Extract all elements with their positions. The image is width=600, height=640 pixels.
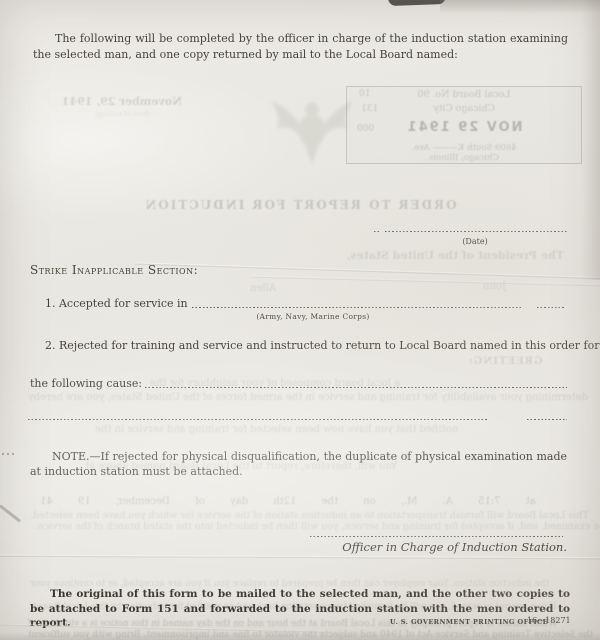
stamp-address-line: 4609 South K——— Ave.: [347, 143, 581, 153]
left-edge-scuff: [0, 504, 21, 522]
bleedthrough-greeting: GREETING:: [468, 356, 543, 367]
bleedthrough-president-line: The President of the United States,: [378, 249, 564, 262]
bleedthrough-name-allen: Allen: [250, 283, 276, 294]
bleedthrough-time-line: at 7:15 A. M., on the 12th day of Decemb…: [40, 496, 536, 507]
bleedthrough-stamp-box: 10 Local Board No. 90 131 Chicago City 0…: [346, 86, 582, 164]
printer-imprint: U. S. GOVERNMENT PRINTING OFFICE: [390, 618, 548, 626]
stamp-board-line: Local Board No. 90: [347, 89, 581, 100]
cause-label: the following cause:: [30, 377, 142, 390]
fold-crease-lower: [0, 555, 600, 560]
accepted-service-label: 1. Accepted for service in: [45, 297, 188, 310]
bottom-edge-shade: [0, 632, 600, 640]
date-caption: (Date): [395, 237, 555, 246]
fold-crease-upper: [135, 263, 600, 280]
officer-signature-line: [310, 536, 563, 537]
stamp-city-line: Chicago City: [347, 103, 581, 114]
bleedthrough-mailing-label: (Date of mailing): [78, 110, 168, 118]
accepted-service-end-dash: [537, 307, 565, 308]
rejected-line: 2. Rejected for training and service and…: [30, 339, 600, 352]
cause-line: the following cause:: [30, 376, 567, 390]
left-edge-dots: [2, 453, 14, 455]
extra-cause-fill: [28, 419, 489, 420]
stamp-date: NOV 29 1941: [347, 120, 581, 135]
extra-cause-line: [28, 412, 567, 422]
date-line: [374, 224, 567, 234]
date-line-dash: [374, 231, 381, 232]
bleedthrough-paragraph-2: notified that you have now been selected…: [95, 424, 458, 435]
top-corner-shadow: [388, 0, 446, 6]
eagle-seal-icon: [268, 88, 356, 172]
bleedthrough-paragraph-1: determining your availability for traini…: [28, 392, 588, 403]
cause-fill: [145, 387, 567, 388]
stamp-address-city: Chicago, Illinois: [347, 153, 581, 163]
scanned-induction-form: November 29, 1941 (Date of mailing) 10 L…: [0, 0, 600, 640]
top-right-shade: [440, 0, 600, 14]
officer-caption: Officer in Charge of Induction Station.: [320, 540, 567, 554]
intro-paragraph: The following will be completed by the o…: [33, 31, 568, 62]
extra-cause-end-dash: [527, 419, 567, 420]
bleedthrough-title: ORDER TO REPORT FOR INDUCTION: [0, 198, 600, 212]
note-paragraph: NOTE.—If rejected for physical disqualif…: [30, 449, 567, 479]
date-line-fill: [385, 231, 567, 232]
accepted-service-caption: (Army, Navy, Marine Corps): [248, 312, 378, 321]
accepted-service-fill: [192, 307, 523, 308]
bleedthrough-transport-line-1: This Local Board will furnish transporta…: [30, 510, 589, 521]
accepted-service-line: 1. Accepted for service in: [45, 297, 565, 310]
bleedthrough-typed-date: November 29, 1941: [52, 95, 192, 108]
form-print-code: 16—18271: [527, 616, 571, 625]
right-edge-shade: [582, 0, 600, 280]
bleedthrough-transport-line-2: You will there be examined, and, if acce…: [35, 521, 600, 532]
